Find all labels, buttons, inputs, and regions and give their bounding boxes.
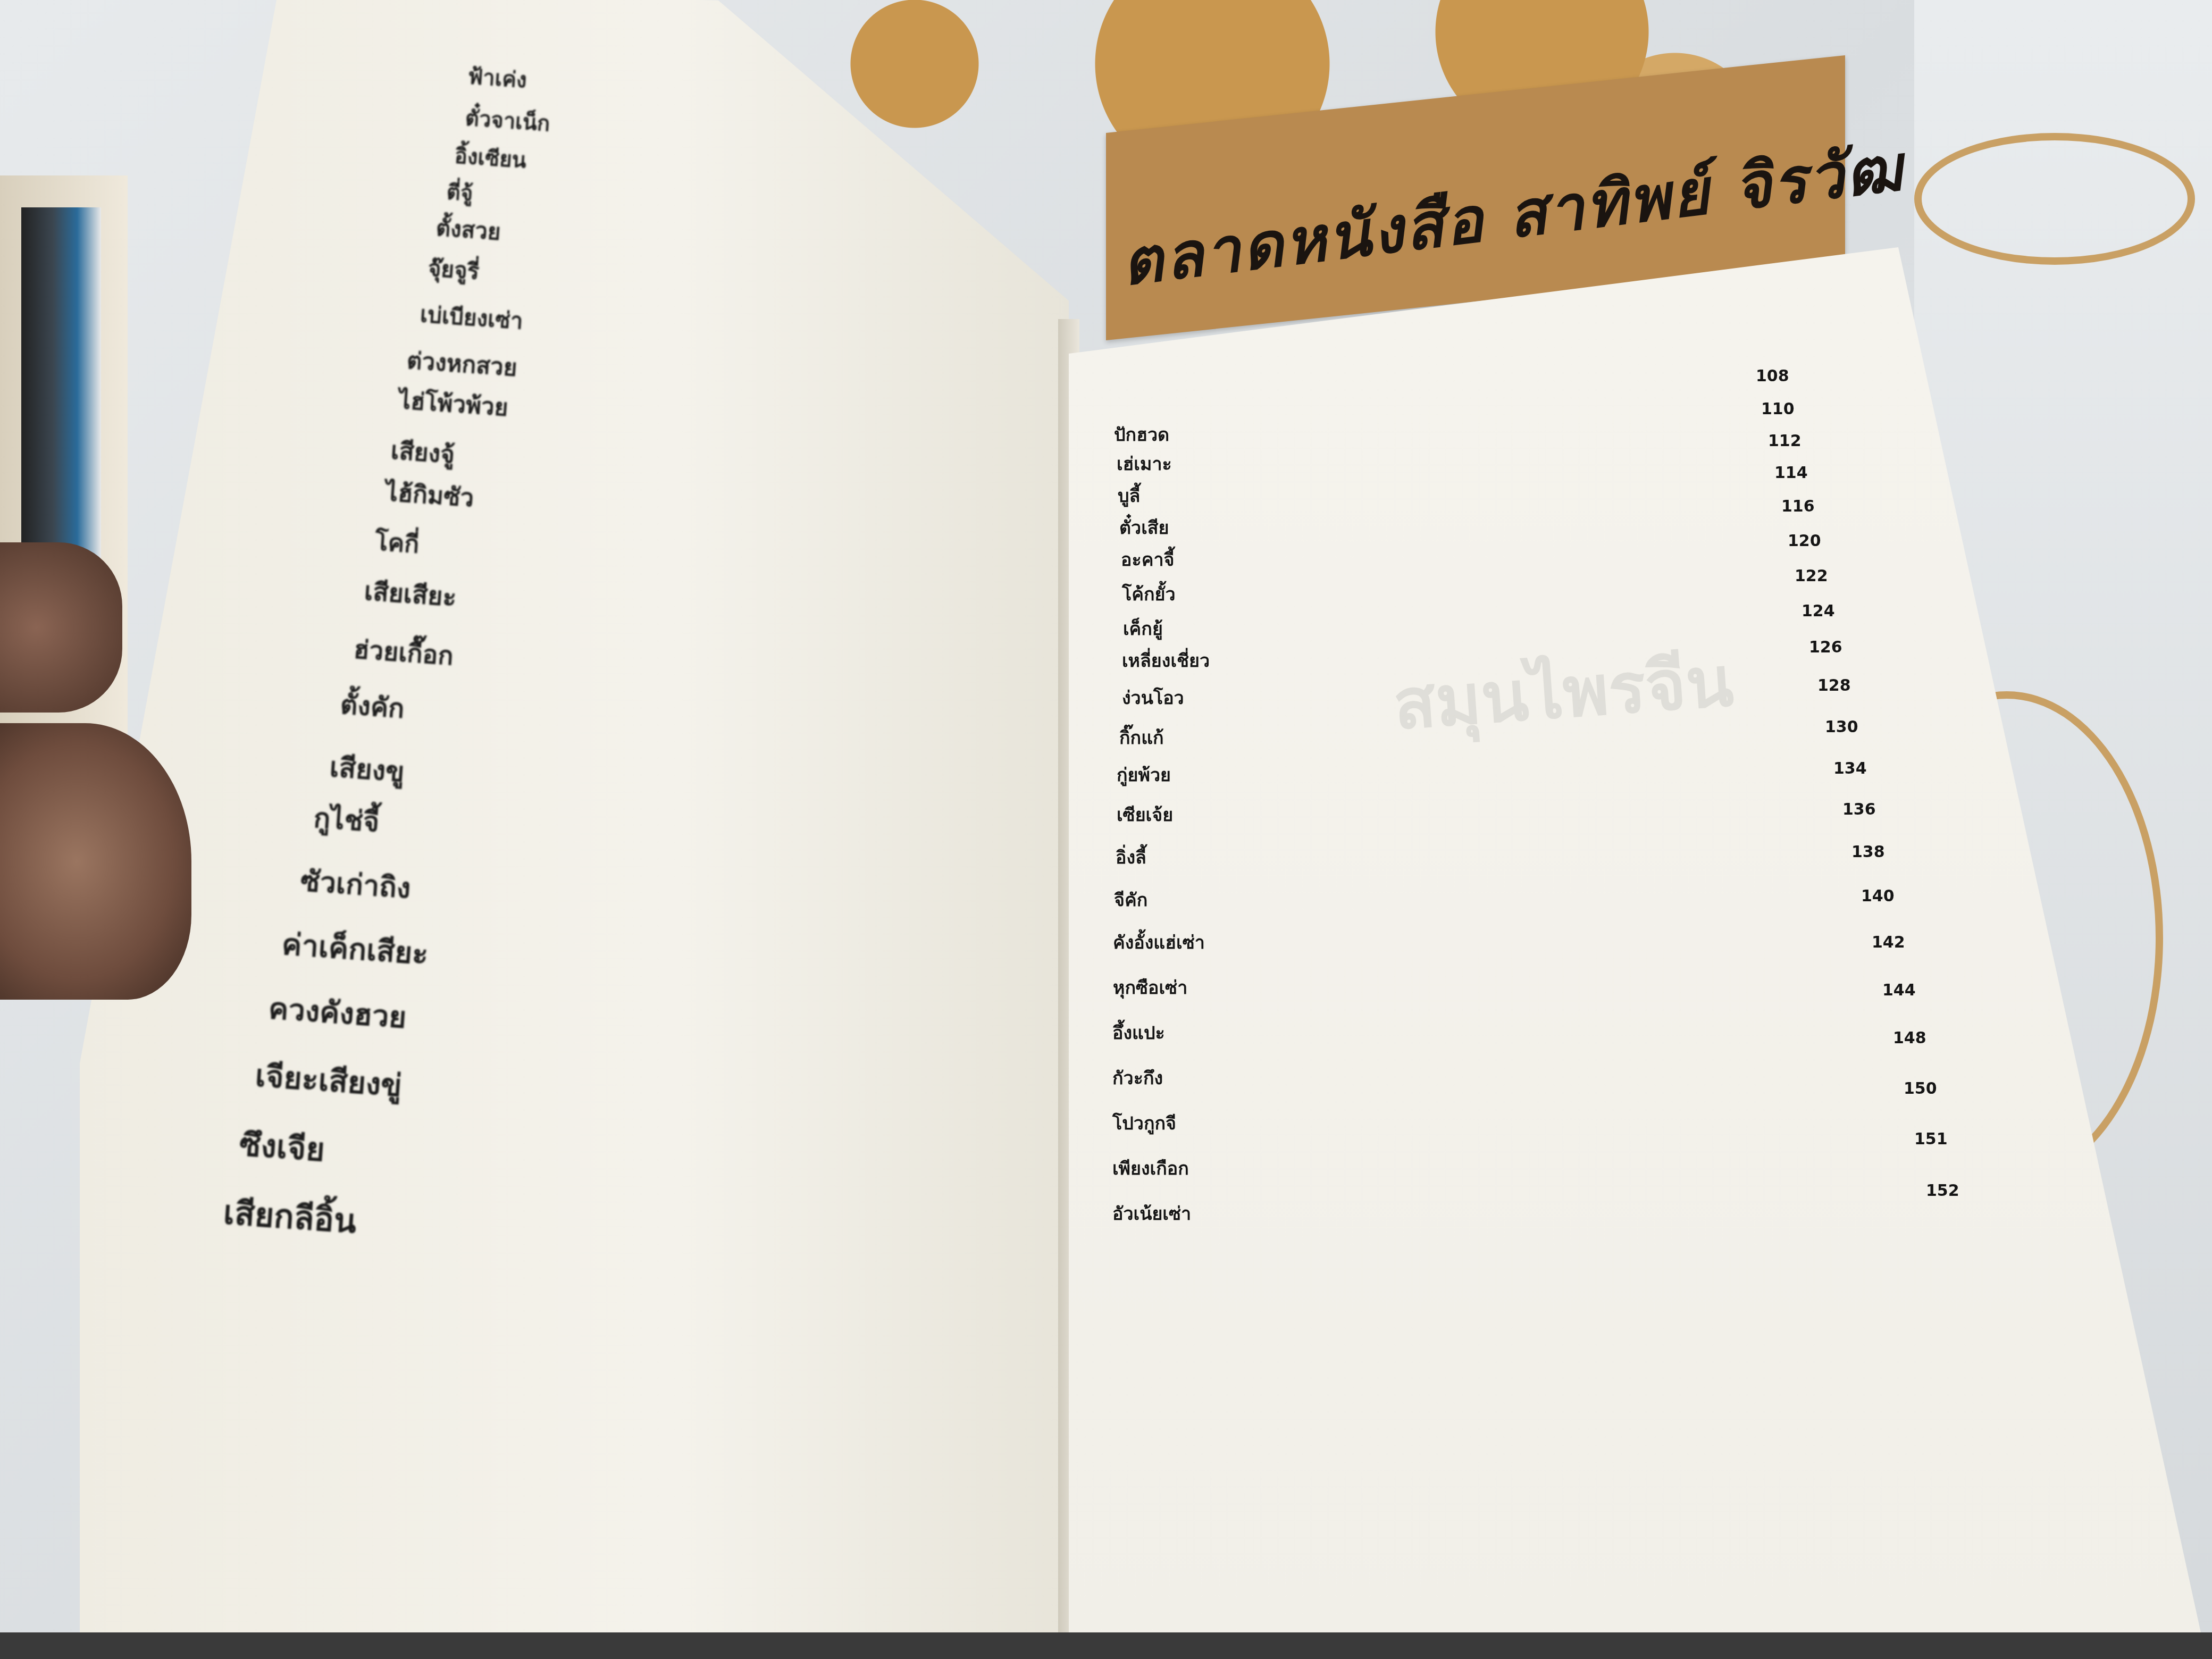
page-number: 148 [1893,1029,1926,1048]
toc-entry: เพียงเกือก [1112,1154,1189,1183]
page-number: 142 [1872,933,1905,952]
toc-entry: ควงคังฮวย [267,984,408,1041]
toc-entry: กู่ยพ้วย [1117,760,1171,789]
toc-entry: อิ่งลี้ [1116,843,1146,872]
toc-entry: คังอั้งแฮ่เซ่า [1113,928,1205,957]
toc-entry: เฮ่เมาะ [1117,449,1172,478]
toc-entry: ง่วนโอว [1122,683,1184,712]
page-number: 124 [1802,602,1835,621]
toc-entry: เสียกลีอิ้น [222,1186,358,1247]
toc-entry: อัวเน้ยเซ่า [1112,1199,1191,1228]
toc-entry: กูไช่จี้ [312,795,381,844]
toc-entry: ฮ่วยเกื๊อก [353,630,455,677]
page-number: 150 [1904,1079,1937,1098]
page-number: 108 [1756,367,1789,386]
page-number: 126 [1809,638,1842,657]
toc-entry: ซึงเจีย [238,1119,326,1176]
toc-entry: กิ๊กแก้ [1119,723,1164,752]
page-number: 144 [1882,981,1916,1000]
page-number: 110 [1761,400,1795,418]
page-number: 120 [1788,532,1821,550]
page-number: 152 [1926,1182,1959,1200]
toc-entry: ต่วงหกสวย [406,342,518,387]
toc-entry: ตี่จู้ [446,174,474,210]
page-number: 130 [1825,718,1858,736]
hand-finger [0,542,122,713]
toc-entry: เสียงจู้ [390,431,456,474]
toc-entry: จุ๊ยจูรี่ [427,251,481,290]
toc-entry: หุกซือเซ่า [1113,973,1187,1002]
toc-entry: เบ่เบียงเซ่า [419,297,524,339]
page-number: 122 [1795,567,1828,585]
toc-entry: ตั๋วจาเน็ก [464,101,551,141]
toc-entry: บูลี้ [1118,481,1140,510]
toc-entry: อะคาจี้ [1121,545,1174,574]
toc-entry: เซียเจ้ย [1117,800,1173,829]
toc-entry: เค็กยู้ [1123,614,1163,643]
toc-entry: ตั้งคัก [339,684,406,730]
page-number: 140 [1861,887,1895,906]
toc-entry: จีคัก [1114,885,1147,914]
toc-entry: อิ้งเซียน [454,138,527,177]
toc-entry: เจียะเสียงขู่ [254,1050,404,1110]
toc-entry: ตั๋วเสีย [1119,513,1169,542]
toc-entry: ปักฮวด [1114,420,1169,449]
table-edge [0,1632,2212,1659]
toc-entry: อึ้งแปะ [1112,1018,1165,1047]
toc-entry: โค้กยั้ว [1122,580,1176,608]
toc-entry: เหลี่ยงเชี่ยว [1122,646,1210,675]
toc-entry: ซัวเก่าถิง [299,858,412,911]
page-number: 114 [1774,464,1808,482]
tablecloth-swirl [1914,133,2195,265]
page-number: 112 [1768,432,1802,450]
page-number: 138 [1851,843,1885,861]
page-number: 116 [1781,497,1815,516]
page-number: 151 [1914,1130,1948,1149]
toc-entry: ตั้งสวย [435,211,502,250]
toc-entry: เสียเสียะ [363,571,458,618]
toc-entry: โคกี่ [374,522,421,564]
page-number: 128 [1817,676,1851,695]
page-number: 134 [1833,759,1867,778]
toc-entry: ไฮ่โพ้วพ้วย [398,382,509,426]
toc-entry: ไฮ้กิมซัว [384,473,475,517]
toc-entry: กัวะกึง [1112,1063,1163,1092]
toc-entry: โปวกูกจี [1112,1109,1176,1137]
toc-entry: เสียงขู [328,744,406,794]
page-number: 136 [1842,800,1876,819]
toc-entry: ฟ้าเค่ง [467,59,528,97]
